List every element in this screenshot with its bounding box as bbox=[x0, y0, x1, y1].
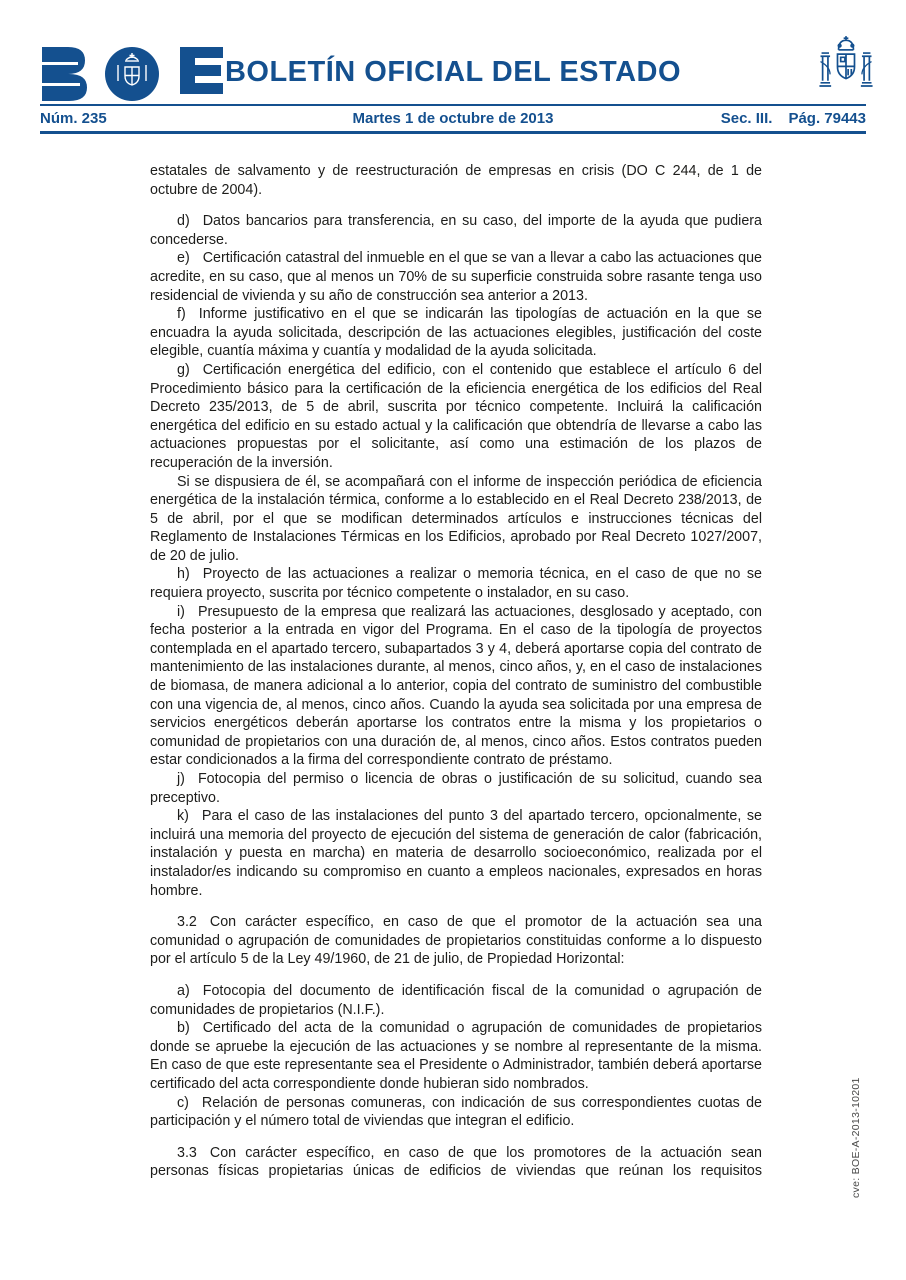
paragraph: j)Fotocopia del permiso o licencia de ob… bbox=[150, 770, 762, 807]
paragraph-text: Para el caso de las instalaciones del pu… bbox=[150, 808, 762, 898]
item-label: 3.3 bbox=[177, 1145, 210, 1161]
paragraph: 3.3Con carácter específico, en caso de q… bbox=[150, 1144, 762, 1181]
paragraph-text: Fotocopia del documento de identificació… bbox=[150, 983, 762, 1018]
cve-code: cve: BOE-A-2013-10201 bbox=[850, 1077, 862, 1198]
section-page: Sec. III.Pág. 79443 bbox=[721, 110, 866, 127]
paragraph: i)Presupuesto de la empresa que realizar… bbox=[150, 603, 762, 770]
item-label: g) bbox=[177, 362, 203, 378]
paragraph-text: Datos bancarios para transferencia, en s… bbox=[150, 213, 762, 248]
paragraph: Si se dispusiera de él, se acompañará co… bbox=[150, 473, 762, 566]
paragraph: a)Fotocopia del documento de identificac… bbox=[150, 982, 762, 1019]
document-body: estatales de salvamento y de reestructur… bbox=[150, 162, 762, 1181]
paragraph-text: Certificación catastral del inmueble en … bbox=[150, 250, 762, 303]
item-label: c) bbox=[177, 1095, 202, 1111]
paragraph: 3.2Con carácter específico, en caso de q… bbox=[150, 913, 762, 969]
paragraph-text: Presupuesto de la empresa que realizará … bbox=[150, 604, 762, 769]
paragraph-text: Si se dispusiera de él, se acompañará co… bbox=[150, 474, 762, 564]
paragraph-text: Relación de personas comuneras, con indi… bbox=[150, 1095, 762, 1130]
masthead-title: BOLETÍN OFICIAL DEL ESTADO bbox=[0, 56, 906, 89]
paragraph: k)Para el caso de las instalaciones del … bbox=[150, 807, 762, 900]
paragraph-text: Informe justificativo en el que se indic… bbox=[150, 306, 762, 359]
item-label: j) bbox=[177, 771, 198, 787]
paragraph: d)Datos bancarios para transferencia, en… bbox=[150, 212, 762, 249]
item-label: h) bbox=[177, 566, 203, 582]
item-label: 3.2 bbox=[177, 914, 210, 930]
item-label: e) bbox=[177, 250, 203, 266]
paragraph-text: estatales de salvamento y de reestructur… bbox=[150, 163, 762, 198]
header-rule-bottom bbox=[40, 131, 866, 134]
section-label: Sec. III. bbox=[721, 110, 773, 127]
paragraph: c)Relación de personas comuneras, con in… bbox=[150, 1094, 762, 1131]
paragraph-text: Con carácter específico, en caso de que … bbox=[150, 914, 762, 967]
item-label: a) bbox=[177, 983, 203, 999]
item-label: k) bbox=[177, 808, 202, 824]
item-label: i) bbox=[177, 604, 198, 620]
paragraph-text: Con carácter específico, en caso de que … bbox=[150, 1145, 762, 1180]
paragraph: b)Certificado del acta de la comunidad o… bbox=[150, 1019, 762, 1093]
issue-number: Núm. 235 bbox=[40, 110, 107, 127]
item-label: f) bbox=[177, 306, 199, 322]
paragraph-text: Certificado del acta de la comunidad o a… bbox=[150, 1020, 762, 1092]
paragraph: estatales de salvamento y de reestructur… bbox=[150, 162, 762, 199]
item-label: b) bbox=[177, 1020, 203, 1036]
coat-of-arms-icon bbox=[812, 36, 880, 107]
item-label: d) bbox=[177, 213, 203, 229]
boe-document-page: BOLETÍN OFICIAL DEL ESTADO bbox=[0, 0, 906, 1280]
paragraph-text: Proyecto de las actuaciones a realizar o… bbox=[150, 566, 762, 601]
paragraph: e)Certificación catastral del inmueble e… bbox=[150, 249, 762, 305]
paragraph-text: Certificación energética del edificio, c… bbox=[150, 362, 762, 471]
paragraph: h)Proyecto de las actuaciones a realizar… bbox=[150, 565, 762, 602]
paragraph-text: Fotocopia del permiso o licencia de obra… bbox=[150, 771, 762, 806]
header-meta-row: Núm. 235 Martes 1 de octubre de 2013 Sec… bbox=[40, 106, 866, 130]
paragraph: g)Certificación energética del edificio,… bbox=[150, 361, 762, 473]
page-number: Pág. 79443 bbox=[788, 110, 866, 127]
paragraph: f)Informe justificativo en el que se ind… bbox=[150, 305, 762, 361]
